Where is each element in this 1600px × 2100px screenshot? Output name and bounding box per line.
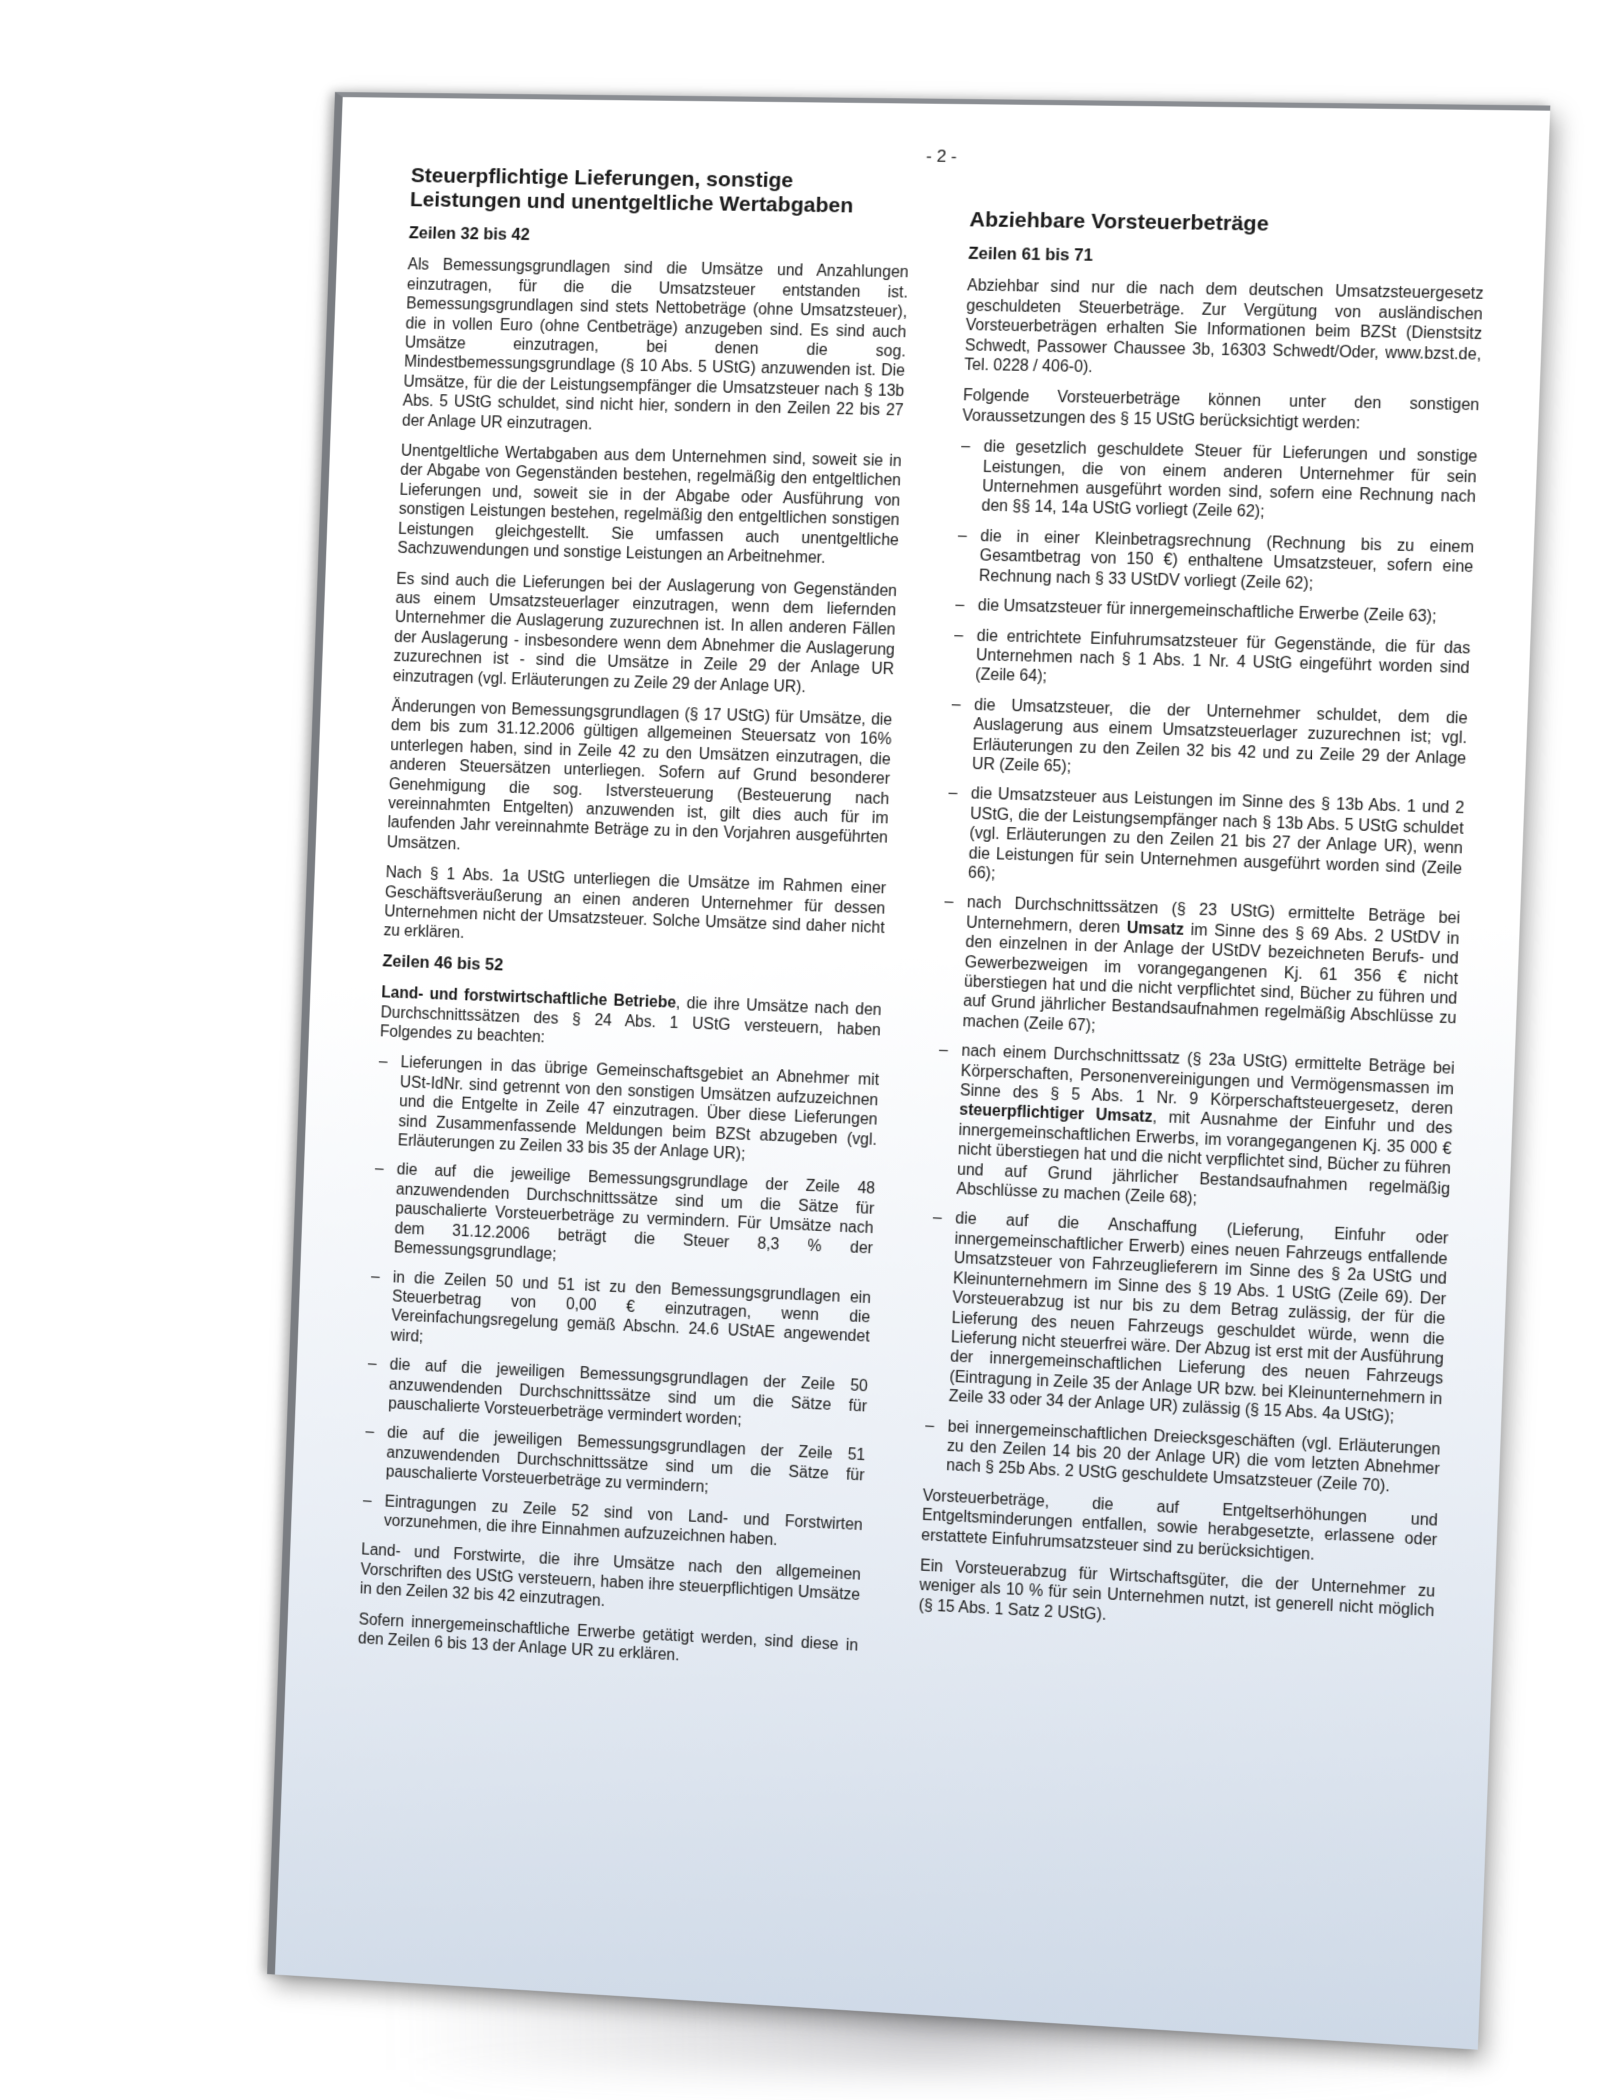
paragraph: Änderungen von Bemessungsgrundlagen (§ 1…	[386, 697, 892, 868]
document-page: - 2 - Steuerpflichtige Lieferungen, sons…	[267, 92, 1550, 2050]
dash-bullet-icon: –	[933, 1209, 943, 1229]
paragraph: Vorsteuerbeträge, die auf Entgeltserhöhu…	[921, 1486, 1438, 1571]
list-item: –die auf die jeweiligen Bemessungsgrundl…	[366, 1354, 868, 1436]
document-preview: - 2 - Steuerpflichtige Lieferungen, sons…	[0, 0, 1600, 2100]
dash-bullet-icon: –	[371, 1267, 380, 1287]
dash-bullet-icon: –	[955, 596, 965, 616]
list-item: –die Umsatzsteuer für innergemeinschaftl…	[955, 596, 1472, 629]
paragraph: Abziehbar sind nur die nach dem deutsche…	[964, 277, 1484, 385]
list-item: –die Umsatzsteuer, die der Unternehmer s…	[949, 695, 1468, 789]
list-item: –die gesetzlich geschuldete Steuer für L…	[959, 437, 1478, 527]
dash-bullet-icon: –	[958, 526, 968, 546]
paragraph-intro: Land- und forstwirtschaftliche Betriebe,…	[380, 983, 882, 1060]
right-column: Abziehbare Vorsteuerbeträge Zeilen 61 bi…	[916, 171, 1488, 1717]
left-column: Steuerpflichtige Lieferungen, sonstige L…	[357, 164, 912, 1686]
dash-bullet-icon: –	[944, 893, 954, 913]
paragraph: Nach § 1 Abs. 1a UStG unterliegen die Um…	[383, 863, 886, 958]
list-item: –die Umsatzsteuer aus Leistungen im Sinn…	[945, 784, 1464, 899]
dash-bullet-icon: –	[939, 1041, 949, 1061]
dash-bullet-icon: –	[961, 437, 971, 457]
list-item: –die auf die jeweilige Bemessungsgrundla…	[372, 1160, 876, 1278]
paragraph: Unentgeltliche Wertabgaben aus dem Unter…	[397, 442, 902, 571]
paragraph: Als Bemessungsgrundlagen sind die Umsätz…	[402, 256, 909, 441]
dash-bullet-icon: –	[375, 1160, 384, 1180]
subheading-lines-32-42: Zeilen 32 bis 42	[408, 224, 910, 251]
section-title-taxable-supplies: Steuerpflichtige Lieferungen, sonstige L…	[410, 164, 913, 219]
paragraph: Folgende Vorsteuerbeträge können unter d…	[962, 386, 1480, 436]
list-item: –nach Durchschnittssätzen (§ 23 UStG) er…	[940, 893, 1461, 1050]
page-number: - 2 -	[926, 146, 958, 167]
dash-bullet-icon: –	[379, 1053, 388, 1073]
dash-bullet-icon: –	[363, 1491, 372, 1511]
list-item: –die auf die jeweiligen Bemessungsgrundl…	[364, 1423, 866, 1506]
paragraph: Land- und Forstwirte, die ihre Umsätze n…	[359, 1541, 861, 1625]
bullet-list: –die gesetzlich geschuldete Steuer für L…	[923, 437, 1477, 1500]
two-column-layout: Steuerpflichtige Lieferungen, sonstige L…	[357, 164, 1505, 1718]
section-title-deductible-input-tax: Abziehbare Vorsteuerbeträge	[969, 208, 1486, 240]
list-item: –die in einer Kleinbetragsrechnung (Rech…	[956, 526, 1474, 598]
paragraph: Es sind auch die Lieferungen bei der Aus…	[392, 569, 897, 699]
list-item: –bei innergemeinschaftlichen Dreiecksges…	[923, 1416, 1440, 1500]
paragraph: Ein Vorsteuerabzug für Wirtschaftsgüter,…	[918, 1556, 1435, 1642]
list-item: –die auf die Anschaffung (Lieferung, Ein…	[926, 1209, 1449, 1430]
dash-bullet-icon: –	[365, 1423, 374, 1443]
dash-bullet-icon: –	[954, 625, 964, 645]
subheading-lines-61-71: Zeilen 61 bis 71	[968, 245, 1485, 273]
bold-term: Umsatz	[1127, 919, 1185, 938]
dash-bullet-icon: –	[368, 1354, 377, 1374]
dash-bullet-icon: –	[925, 1416, 935, 1436]
list-item: –Lieferungen in das übrige Gemeinschafts…	[376, 1053, 880, 1170]
dash-bullet-icon: –	[951, 695, 961, 715]
dash-bullet-icon: –	[948, 784, 958, 804]
subheading-lines-46-52: Zeilen 46 bis 52	[382, 952, 883, 989]
list-item: –die entrichtete Einfuhrumsatzsteuer für…	[952, 625, 1470, 698]
list-item: –nach einem Durchschnittssatz (§ 23a USt…	[934, 1041, 1455, 1220]
bullet-list: –Lieferungen in das übrige Gemeinschafts…	[362, 1053, 879, 1555]
list-item: –in die Zeilen 50 und 51 ist zu den Beme…	[369, 1267, 872, 1367]
